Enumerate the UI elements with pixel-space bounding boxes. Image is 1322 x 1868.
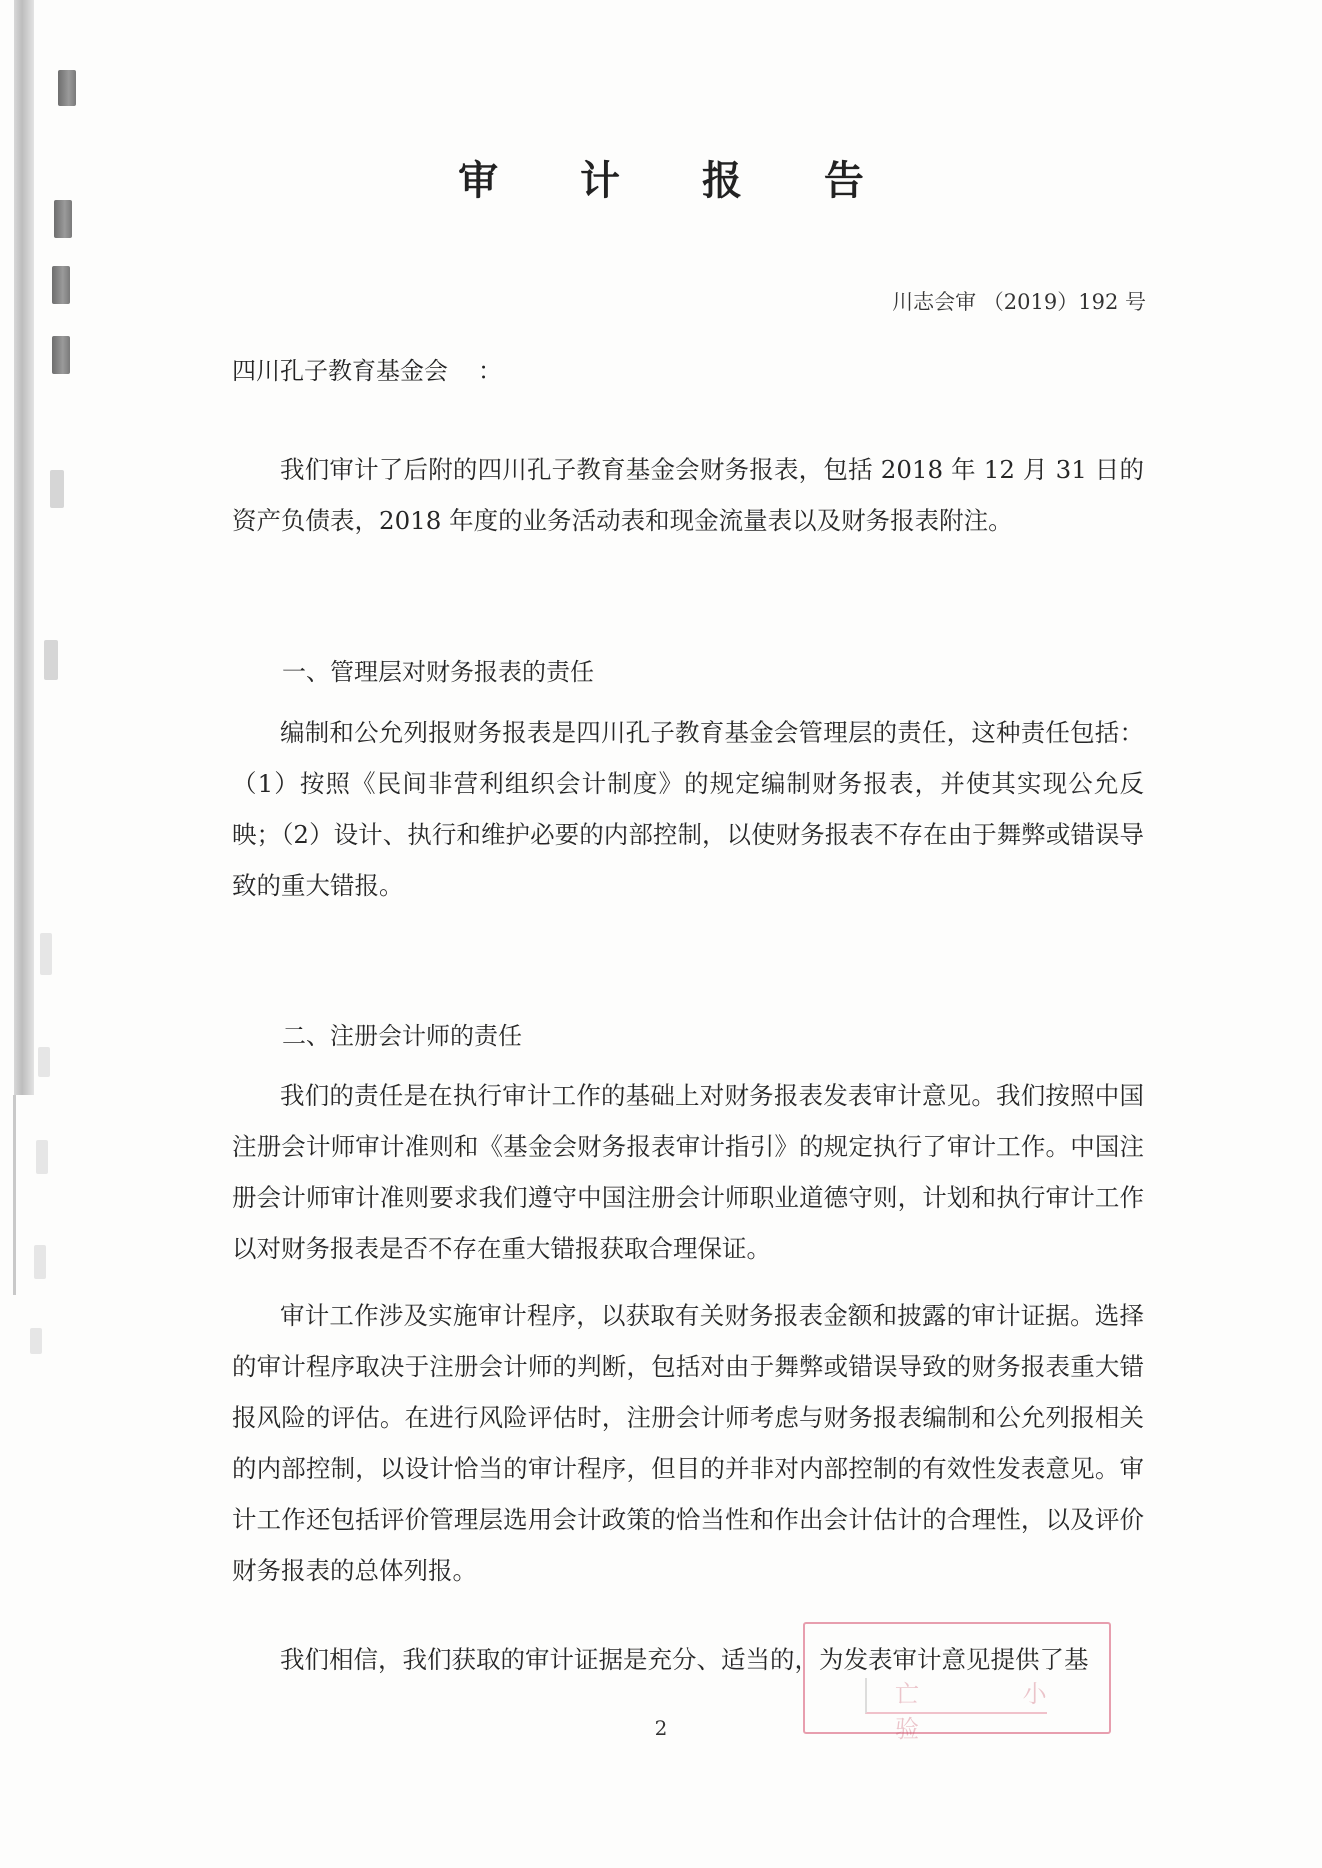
document-reference-number: 川志会审 （2019）192 号 — [892, 286, 1146, 316]
punch-hole-icon — [30, 1328, 42, 1354]
punch-hole-icon — [36, 1140, 48, 1174]
punch-hole-icon — [52, 266, 70, 304]
punch-hole-icon — [44, 640, 58, 680]
punch-hole-icon — [58, 70, 76, 106]
addressee-colon: ： — [478, 357, 502, 385]
cpa-responsibility-paragraph: 我们的责任是在执行审计工作的基础上对财务报表发表审计意见。我们按照中国注册会计师… — [232, 1070, 1144, 1274]
document-title: 审 计 报 告 — [0, 149, 1322, 206]
punch-hole-icon — [50, 470, 64, 508]
intro-paragraph: 我们审计了后附的四川孔子教育基金会财务报表，包括 2018 年 12 月 31 … — [232, 444, 1144, 546]
audit-procedures-paragraph: 审计工作涉及实施审计程序，以获取有关财务报表金额和披露的审计证据。选择的审计程序… — [232, 1290, 1144, 1596]
audit-evidence-paragraph: 我们相信，我们获取的审计证据是充分、适当的，为发表审计意见提供了基 — [232, 1634, 1144, 1685]
addressee: 四川孔子教育基金会： — [232, 351, 502, 386]
section-heading-management: 一、管理层对财务报表的责任 — [282, 652, 594, 687]
page-number: 2 — [0, 1716, 1322, 1740]
section-heading-cpa: 二、注册会计师的责任 — [282, 1016, 522, 1051]
punch-hole-icon — [34, 1245, 46, 1279]
binding-edge-shadow — [13, 1095, 16, 1295]
management-responsibility-paragraph: 编制和公允列报财务报表是四川孔子教育基金会管理层的责任，这种责任包括：（1）按照… — [232, 707, 1144, 911]
punch-hole-icon — [52, 336, 70, 374]
addressee-name: 四川孔子教育基金会 — [232, 357, 448, 385]
punch-hole-icon — [40, 933, 52, 975]
punch-hole-icon — [38, 1047, 50, 1077]
